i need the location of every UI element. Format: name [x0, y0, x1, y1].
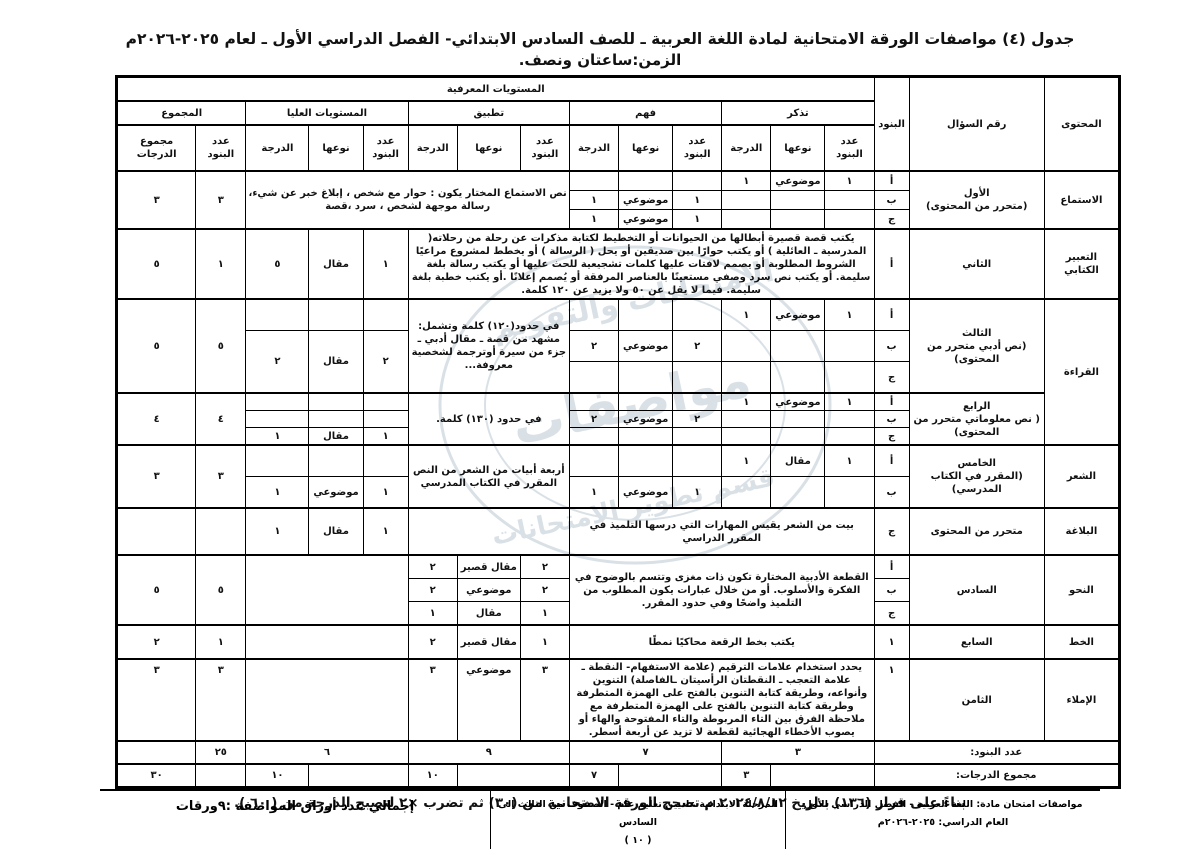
empty-cell [673, 428, 722, 446]
summary-items-apply: ٩ [408, 741, 569, 764]
count-cell: ١ [520, 625, 569, 659]
item-cell: أ [874, 445, 909, 477]
count-cell: ١ [673, 191, 722, 210]
count-cell: ٢ [673, 331, 722, 362]
score-cell: ١ [569, 191, 618, 210]
empty-cell [825, 428, 874, 446]
empty-cell [771, 362, 825, 394]
note-cell: أربعة أبيات من الشعر من النص المقرر في ا… [408, 445, 569, 508]
empty-cell [722, 210, 771, 230]
empty-cell [825, 191, 874, 210]
question-cell: متحرر من المحتوى [909, 508, 1044, 555]
header-apply-count: عدد البنود [520, 125, 569, 171]
total-score-cell: ٣ [117, 171, 196, 229]
total-count-cell: ٥ [196, 299, 246, 393]
item-cell: ج [874, 602, 909, 626]
empty-cell [363, 445, 408, 477]
empty-cell [246, 445, 309, 477]
item-cell: ب [874, 411, 909, 428]
summary-scores-remember: ٣ [722, 764, 771, 788]
empty-cell [309, 445, 363, 477]
summary-items-understand: ٧ [569, 741, 721, 764]
empty-cell [363, 411, 408, 428]
type-cell: موضوعي [771, 299, 825, 331]
empty-cell [825, 210, 874, 230]
footer-bar: مواصفات امتحان مادة: اللغة العربية - الف… [100, 789, 1100, 849]
content-cell: النحو [1044, 555, 1119, 625]
empty-cell [309, 764, 408, 788]
score-cell: ٢ [408, 555, 457, 579]
count-cell: ٢ [520, 579, 569, 602]
count-cell: ١ [363, 477, 408, 509]
empty-cell [309, 299, 363, 331]
question-cell: الثامن [909, 659, 1044, 741]
item-cell: ب [874, 579, 909, 602]
empty-cell [569, 428, 618, 446]
header-apply-type: نوعها [457, 125, 520, 171]
empty-cell [619, 171, 673, 191]
empty-cell [673, 393, 722, 411]
header-higher-type: نوعها [309, 125, 363, 171]
header-question-number: رقم السؤال [909, 77, 1044, 172]
empty-cell [722, 362, 771, 394]
score-cell: ٢ [569, 411, 618, 428]
item-cell: أ [874, 171, 909, 191]
summary-scores-label: مجموع الدرجات: [874, 764, 1119, 788]
total-count-cell: ١ [196, 625, 246, 659]
total-score-cell: ٢ [117, 625, 196, 659]
note-cell: بيت من الشعر يقيس المهارات التي درسها ال… [569, 508, 874, 555]
empty-cell [825, 411, 874, 428]
summary-items-higher: ٦ [246, 741, 408, 764]
empty-cell [569, 171, 618, 191]
footer-stage: المرحلة الابتدائية عاديين تعليم عام - ال… [497, 796, 779, 832]
type-cell: مقال قصير [457, 625, 520, 659]
document-page: الامتحانات والتقويم مواصفات قسم تطوير ال… [0, 0, 1200, 849]
empty-cell [619, 764, 722, 788]
header-total-score: مجموع الدرجات [117, 125, 196, 171]
type-cell: موضوعي [619, 191, 673, 210]
exam-duration: الزمن:ساعتان ونصف. [0, 51, 1200, 69]
empty-cell [246, 299, 309, 331]
empty-cell [363, 393, 408, 411]
footer-exam-subject: مواصفات امتحان مادة: اللغة العربية - الف… [792, 796, 1094, 814]
summary-scores-apply: ١٠ [408, 764, 457, 788]
empty-cell [569, 445, 618, 477]
empty-cell [246, 659, 408, 741]
score-cell: ١ [722, 393, 771, 411]
empty-cell [673, 299, 722, 331]
question-number: الأول [912, 187, 1042, 200]
footer-exam-info: مواصفات امتحان مادة: اللغة العربية - الف… [785, 791, 1100, 849]
empty-cell [619, 393, 673, 411]
header-items: البنود [874, 77, 909, 172]
total-score-cell: ٣ [117, 445, 196, 508]
empty-cell [457, 764, 569, 788]
empty-cell [771, 210, 825, 230]
score-cell: ٥ [246, 229, 309, 299]
empty-cell [722, 411, 771, 428]
empty-cell [569, 362, 618, 394]
type-cell: موضوعي [771, 171, 825, 191]
empty-cell [673, 362, 722, 394]
empty-cell [309, 411, 363, 428]
question-note: ( نص معلوماتي متحرر من المحتوى) [912, 413, 1042, 439]
empty-cell [569, 299, 618, 331]
type-cell: موضوعي [619, 477, 673, 509]
summary-items-total: ٢٥ [196, 741, 246, 764]
content-cell: الخط [1044, 625, 1119, 659]
summary-items-remember: ٣ [722, 741, 874, 764]
count-cell: ٢ [363, 331, 408, 394]
type-cell: مقال [309, 508, 363, 555]
header-understand: فهم [569, 101, 721, 125]
empty-cell [722, 191, 771, 210]
item-cell: ١ [874, 625, 909, 659]
note-cell: نص الاستماع المختار يكون : حوار مع شخص ،… [246, 171, 570, 229]
empty-cell [569, 393, 618, 411]
type-cell: مقال [771, 445, 825, 477]
question-note: (نص أدبي متحرر من المحتوى) [912, 340, 1042, 366]
type-cell: موضوعي [619, 411, 673, 428]
empty-cell [722, 331, 771, 362]
count-cell: ١ [673, 477, 722, 509]
item-cell: ب [874, 477, 909, 509]
type-cell: مقال [309, 428, 363, 446]
total-score-cell: ٥ [117, 299, 196, 393]
content-cell: القراءة [1044, 299, 1119, 445]
header-remember-type: نوعها [771, 125, 825, 171]
empty-cell [825, 477, 874, 509]
type-cell: موضوعي [771, 393, 825, 411]
count-cell: ١ [520, 602, 569, 626]
question-cell: الأول (متحرر من المحتوى) [909, 171, 1044, 229]
header-remember-score: الدرجة [722, 125, 771, 171]
total-count-cell: ٣ [196, 659, 246, 741]
empty-cell [619, 362, 673, 394]
header-understand-score: الدرجة [569, 125, 618, 171]
content-cell: البلاغة [1044, 508, 1119, 555]
question-number: الخامس [912, 457, 1042, 470]
empty-cell [771, 331, 825, 362]
score-cell: ١ [722, 299, 771, 331]
item-cell: ب [874, 191, 909, 210]
item-cell: ج [874, 428, 909, 446]
total-score-cell: ٣ [117, 659, 196, 741]
count-cell: ١ [825, 445, 874, 477]
count-cell: ٢ [520, 555, 569, 579]
empty-cell [246, 555, 408, 625]
empty-cell [825, 362, 874, 394]
question-cell: الرابع ( نص معلوماتي متحرر من المحتوى) [909, 393, 1044, 445]
empty-cell [196, 764, 246, 788]
type-cell: مقال [309, 229, 363, 299]
header-total-count: عدد البنود [196, 125, 246, 171]
empty-cell [363, 299, 408, 331]
type-cell: موضوعي [619, 210, 673, 230]
header-remember: تذكر [722, 101, 874, 125]
count-cell: ١ [363, 508, 408, 555]
footer-stage-info: المرحلة الابتدائية عاديين تعليم عام - ال… [490, 791, 785, 849]
count-cell: ١ [825, 299, 874, 331]
header-apply: تطبيق [408, 101, 569, 125]
header-higher-count: عدد البنود [363, 125, 408, 171]
empty-cell [771, 428, 825, 446]
header-apply-score: الدرجة [408, 125, 457, 171]
content-cell: الشعر [1044, 445, 1119, 508]
score-cell: ٢ [408, 579, 457, 602]
count-cell: ٣ [520, 659, 569, 741]
item-cell: أ [874, 299, 909, 331]
note-cell: في حدود (١٣٠) كلمة. [408, 393, 569, 445]
score-cell: ١ [569, 210, 618, 230]
score-cell: ٢ [408, 625, 457, 659]
footer-page-number: ( ١٠ ) [497, 832, 779, 849]
item-cell: ج [874, 210, 909, 230]
score-cell: ٣ [408, 659, 457, 741]
header-total: المجموع [117, 101, 246, 125]
type-cell: موضوعي [457, 659, 520, 741]
score-cell: ١ [408, 602, 457, 626]
empty-cell [408, 508, 569, 555]
empty-cell [117, 741, 196, 764]
content-cell: التعبير الكتابي [1044, 229, 1119, 299]
count-cell: ١ [825, 393, 874, 411]
score-cell: ٢ [569, 331, 618, 362]
question-cell: الخامس (المقرر في الكتاب المدرسي) [909, 445, 1044, 508]
empty-cell [619, 445, 673, 477]
empty-cell [825, 331, 874, 362]
header-cognitive-levels: المستويات المعرفية [117, 77, 875, 102]
score-cell: ١ [569, 477, 618, 509]
footer-total-sheets: إجمالي عدد أوراق المواصفة :٩ورقات [100, 791, 490, 849]
question-cell: الثاني [909, 229, 1044, 299]
total-score-cell: ٤ [117, 393, 196, 445]
count-cell: ١ [673, 210, 722, 230]
item-cell: أ [874, 229, 909, 299]
type-cell: مقال قصير [457, 555, 520, 579]
score-cell: ١ [246, 428, 309, 446]
empty-cell [246, 393, 309, 411]
score-cell: ١ [246, 477, 309, 509]
type-cell: موضوعي [457, 579, 520, 602]
note-cell: يكتب قصة قصيرة أبطالها من الحيوانات أو ا… [408, 229, 874, 299]
header-understand-type: نوعها [619, 125, 673, 171]
header-higher-score: الدرجة [246, 125, 309, 171]
empty-cell [771, 411, 825, 428]
type-cell: مقال [309, 331, 363, 394]
empty-cell [722, 477, 771, 509]
summary-scores-understand: ٧ [569, 764, 618, 788]
summary-scores-total: ٣٠ [117, 764, 196, 788]
note-cell: يحدد استخدام علامات الترقيم (علامة الاست… [569, 659, 874, 741]
empty-cell [771, 191, 825, 210]
item-cell: ج [874, 362, 909, 394]
empty-cell [619, 299, 673, 331]
note-cell: يكتب بخط الرقعة محاكيًا نمطًا [569, 625, 874, 659]
empty-cell [196, 508, 246, 555]
header-content: المحتوى [1044, 77, 1119, 172]
score-cell: ٢ [246, 331, 309, 394]
item-cell: أ [874, 555, 909, 579]
item-cell: ج [874, 508, 909, 555]
item-cell: أ [874, 393, 909, 411]
total-count-cell: ٥ [196, 555, 246, 625]
item-cell: ١ [874, 659, 909, 741]
question-cell: السابع [909, 625, 1044, 659]
total-count-cell: ٣ [196, 445, 246, 508]
empty-cell [673, 445, 722, 477]
empty-cell [771, 764, 874, 788]
empty-cell [246, 625, 408, 659]
total-score-cell: ٥ [117, 229, 196, 299]
header-understand-count: عدد البنود [673, 125, 722, 171]
empty-cell [722, 428, 771, 446]
question-note: (متحرر من المحتوى) [912, 200, 1042, 213]
note-cell: في حدود(١٢٠) كلمة وتشمل: مشهد من قصة ـ م… [408, 299, 569, 393]
score-cell: ١ [246, 508, 309, 555]
empty-cell [771, 477, 825, 509]
content-cell: الإملاء [1044, 659, 1119, 741]
item-cell: ب [874, 331, 909, 362]
total-count-cell: ٣ [196, 171, 246, 229]
header-remember-count: عدد البنود [825, 125, 874, 171]
page-title: جدول (٤) مواصفات الورقة الامتحانية لمادة… [0, 30, 1200, 48]
count-cell: ١ [825, 171, 874, 191]
header-higher-levels: المستويات العليا [246, 101, 408, 125]
type-cell: مقال [457, 602, 520, 626]
content-cell: الاستماع [1044, 171, 1119, 229]
empty-cell [246, 411, 309, 428]
type-cell: موضوعي [309, 477, 363, 509]
total-count-cell: ١ [196, 229, 246, 299]
question-number: الرابع [912, 400, 1042, 413]
empty-cell [619, 428, 673, 446]
note-cell: القطعة الأدبية المختارة تكون ذات مغزى وت… [569, 555, 874, 625]
question-cell: السادس [909, 555, 1044, 625]
footer-academic-year: العام الدراسي: ٢٠٢٥-٢٠٢٦م [792, 814, 1094, 832]
question-cell: الثالث (نص أدبي متحرر من المحتوى) [909, 299, 1044, 393]
count-cell: ١ [363, 229, 408, 299]
summary-items-label: عدد البنود: [874, 741, 1119, 764]
score-cell: ١ [722, 445, 771, 477]
summary-scores-higher: ١٠ [246, 764, 309, 788]
question-note: (المقرر في الكتاب المدرسي) [912, 470, 1042, 496]
empty-cell [673, 171, 722, 191]
total-score-cell: ٥ [117, 555, 196, 625]
count-cell: ٢ [673, 411, 722, 428]
type-cell: موضوعي [619, 331, 673, 362]
count-cell: ١ [363, 428, 408, 446]
score-cell: ١ [722, 171, 771, 191]
empty-cell [309, 393, 363, 411]
empty-cell [117, 508, 196, 555]
exam-specifications-table: المحتوى رقم السؤال البنود المستويات المع… [115, 75, 1121, 789]
question-number: الثالث [912, 327, 1042, 340]
total-count-cell: ٤ [196, 393, 246, 445]
